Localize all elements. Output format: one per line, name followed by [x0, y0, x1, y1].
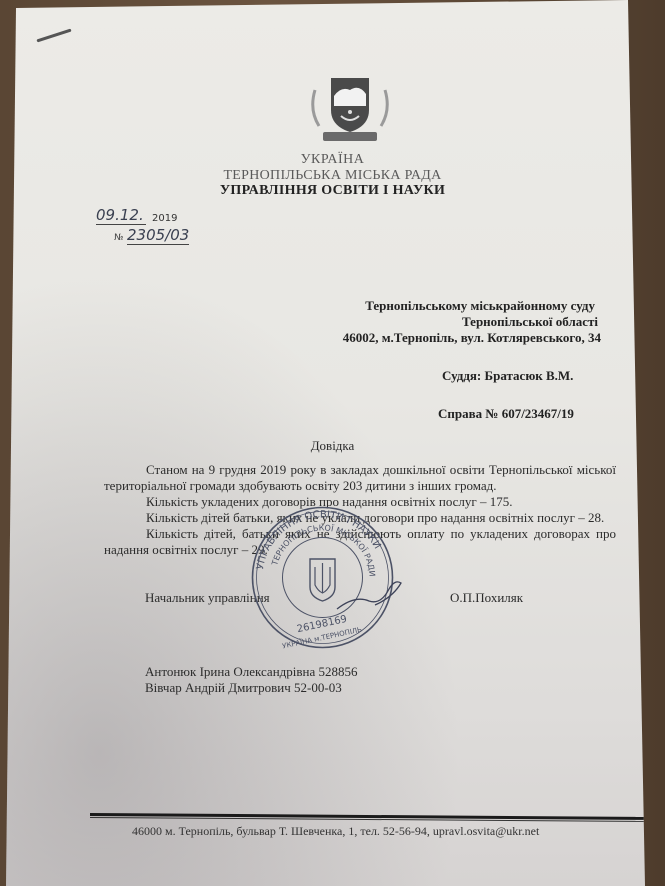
handwritten-signature: [335, 575, 405, 615]
footer-contacts: 46000 м. Тернопіль, бульвар Т. Шевченка,…: [132, 824, 539, 839]
executor-2: Вівчар Андрій Дмитрович 52-00-03: [145, 680, 342, 696]
pen-mark: [36, 29, 71, 43]
recipient-line-1: Тернопільському міськрайонному суду: [365, 298, 595, 314]
case-number: Справа № 607/23467/19: [438, 406, 574, 422]
judge-name: Суддя: Братасюк В.М.: [442, 368, 573, 384]
letterhead-council: ТЕРНОПІЛЬСЬКА МІСЬКА РАДА: [0, 168, 665, 184]
letterhead-department: УПРАВЛІННЯ ОСВІТИ І НАУКИ: [0, 183, 665, 199]
executor-1: Антонюк Ірина Олександрівна 528856: [145, 664, 358, 680]
city-coat-of-arms-icon: [305, 60, 395, 146]
document-title: Довідка: [0, 438, 665, 454]
registration-year: 2019: [152, 213, 177, 224]
registration-number: 2305/03: [127, 226, 189, 245]
registration-date: 09.12.: [96, 206, 146, 225]
signatory-name: О.П.Похиляк: [450, 590, 523, 606]
recipient-line-2: Тернопільської області: [462, 314, 598, 330]
document-page: УКРАЇНА ТЕРНОПІЛЬСЬКА МІСЬКА РАДА УПРАВЛ…: [0, 0, 665, 886]
letterhead-country: УКРАЇНА: [0, 152, 665, 168]
paragraph: Станом на 9 грудня 2019 року в закладах …: [104, 462, 616, 494]
registration-number-label: №: [114, 233, 123, 243]
recipient-address: 46002, м.Тернопіль, вул. Котляревського,…: [343, 330, 601, 346]
